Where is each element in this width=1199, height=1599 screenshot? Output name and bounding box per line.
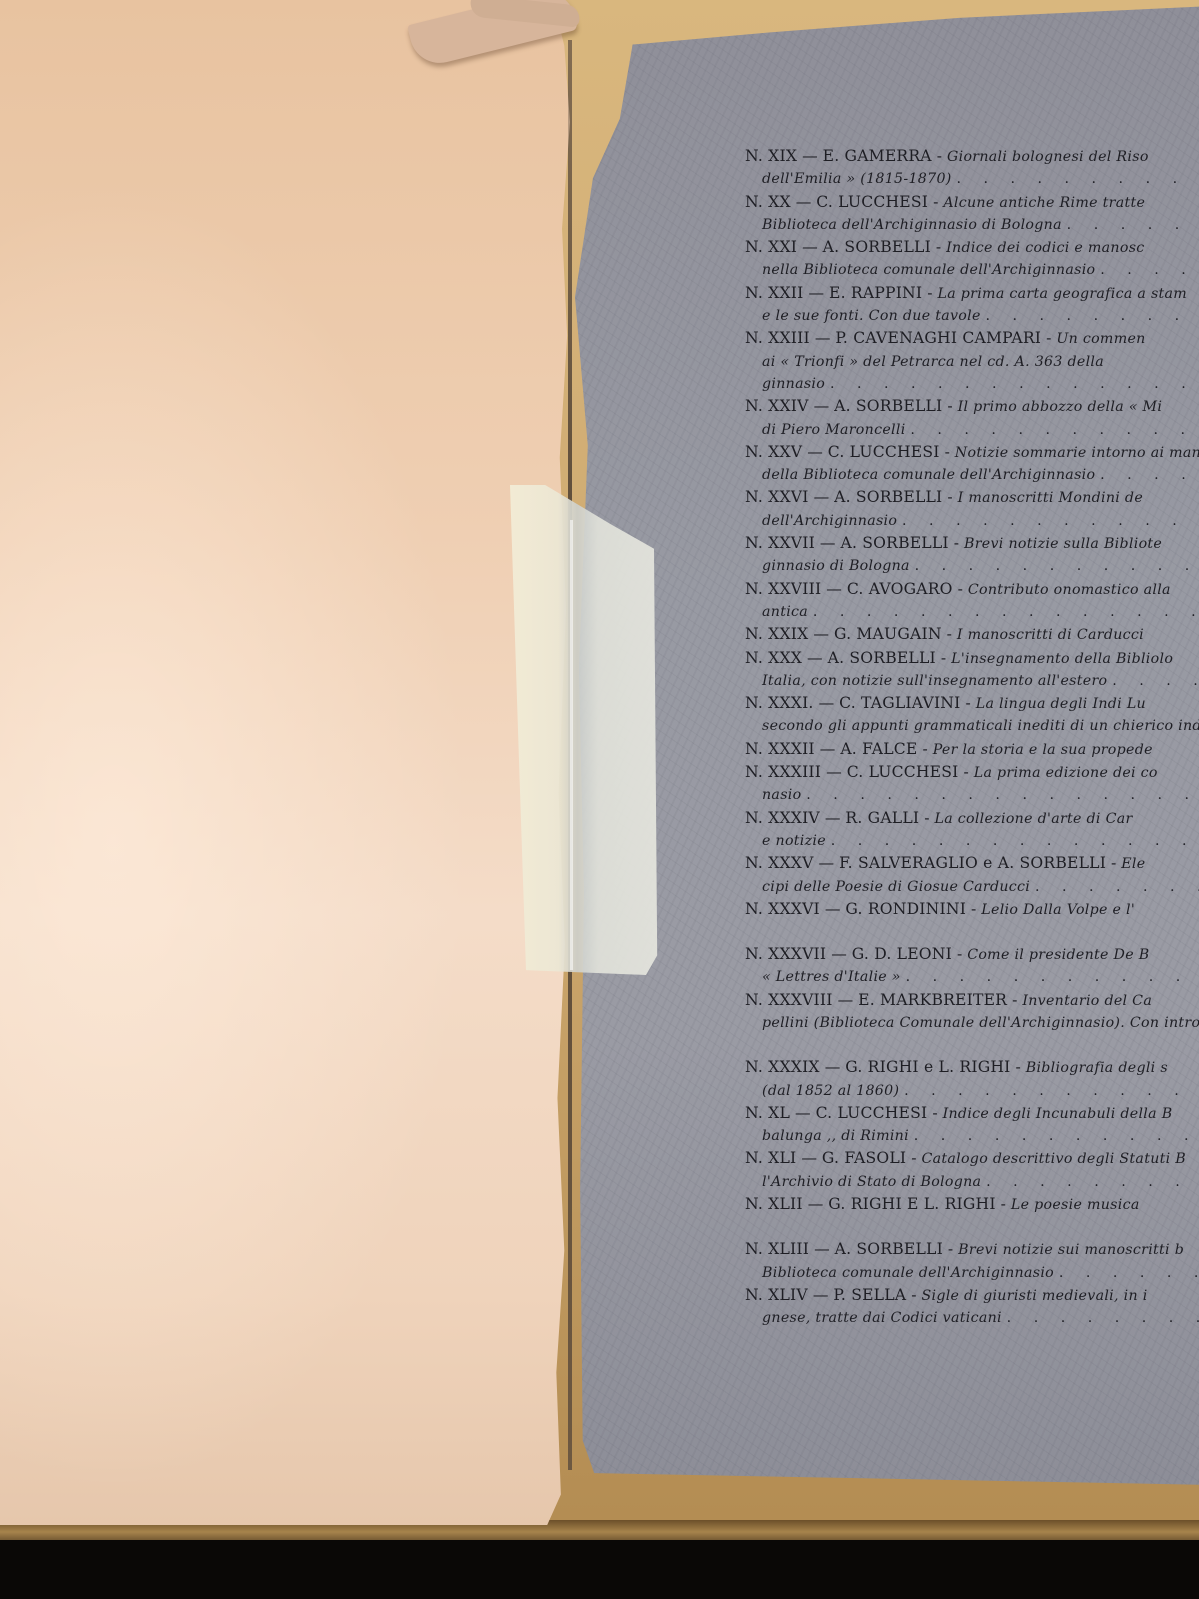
entry-number: N. XL: [745, 1104, 790, 1122]
leader-dots: . . . . . . . . .: [1035, 879, 1199, 895]
entry-heading-line: N. XL — C. LUCCHESI - Indice degli Incun…: [745, 1102, 1199, 1125]
separator-dash: -: [965, 694, 975, 712]
em-dash: —: [819, 694, 840, 712]
em-dash: —: [826, 763, 847, 781]
separator-dash: -: [1001, 1195, 1011, 1213]
entry-author: G. RIGHI E L. RIGHI: [828, 1195, 995, 1213]
entry-author: C. LUCCHESI: [816, 193, 928, 211]
em-dash: —: [807, 649, 828, 667]
entry-heading-line: N. XXI — A. SORBELLI - Indice dei codici…: [745, 236, 1199, 259]
entry-continuation: di Piero Maroncelli: [762, 422, 906, 438]
entry-title: Bibliografia degli s: [1026, 1060, 1168, 1076]
leader-dots: . . . . . . . . . . . . . .: [910, 422, 1199, 438]
entry-continuation: ginnasio di Bologna: [762, 558, 910, 574]
entry-author: C. LUCCHESI: [828, 443, 940, 461]
em-dash: —: [814, 488, 835, 506]
entry-heading-line: N. XXII — E. RAPPINI - La prima carta ge…: [745, 282, 1199, 305]
entry-continuation-line: nasio . . . . . . . . . . . . . . . . . …: [745, 784, 1199, 806]
entry-title: L'insegnamento della Bibliolo: [951, 651, 1173, 667]
entry-continuation-line: Biblioteca comunale dell'Archiginnasio .…: [745, 1262, 1199, 1284]
em-dash: —: [808, 1195, 829, 1213]
leader-dots: . . . . . . . . . . . . . . . . . . . .: [813, 604, 1199, 620]
em-dash: —: [801, 1149, 822, 1167]
entry-continuation: Italia, con notizie sull'insegnamento al…: [762, 673, 1107, 689]
entry-continuation: cipi delle Poesie di Giosue Carducci: [762, 879, 1030, 895]
entry-continuation: antica: [762, 604, 808, 620]
leader-dots: . . . . . . . . . . . . . . .: [914, 1128, 1199, 1144]
entry-title: Indice dei codici e manosc: [946, 240, 1144, 256]
leader-dots: . . . . . . . . . . .: [986, 1174, 1199, 1190]
entry-continuation: e le sue fonti. Con due tavole: [762, 308, 981, 324]
entry-number: N. XXIX: [745, 625, 808, 643]
entry-title: Ele: [1121, 856, 1145, 872]
entry-continuation: Biblioteca comunale dell'Archiginnasio: [762, 1265, 1054, 1281]
entry-author: E. RAPPINI: [829, 284, 922, 302]
entry-heading-line: N. XXXVIII — E. MARKBREITER - Inventario…: [745, 989, 1199, 1012]
entry-continuation-line: ginnasio di Bologna . . . . . . . . . . …: [745, 555, 1199, 577]
separator-dash: -: [958, 580, 968, 598]
entry-continuation-line: (dal 1852 al 1860) . . . . . . . . . . .…: [745, 1080, 1199, 1102]
list-entry: N. XLIII — A. SORBELLI - Brevi notizie s…: [745, 1238, 1199, 1284]
separator-dash: -: [911, 1149, 921, 1167]
entry-continuation: gnese, tratte dai Codici vaticani: [762, 1310, 1002, 1326]
entry-heading-line: N. XLI — G. FASOLI - Catalogo descrittiv…: [745, 1147, 1199, 1170]
entry-heading-line: N. XXIV — A. SORBELLI - Il primo abbozzo…: [745, 395, 1199, 418]
entry-title: I manoscritti Mondini de: [958, 490, 1143, 506]
entry-author: R. GALLI: [845, 809, 919, 827]
separator-dash: -: [947, 397, 957, 415]
entry-author: G. FASOLI: [822, 1149, 906, 1167]
em-dash: —: [838, 991, 859, 1009]
em-dash: —: [820, 740, 841, 758]
entry-author: E. MARKBREITER: [858, 991, 1007, 1009]
entry-author: G. D. LEONI: [852, 945, 952, 963]
entry-heading-line: N. XXXI. — C. TAGLIAVINI - La lingua deg…: [745, 692, 1199, 715]
entry-author: A. FALCE: [840, 740, 917, 758]
separator-dash: -: [971, 900, 981, 918]
entry-number: N. XLIV: [745, 1286, 808, 1304]
list-entry: N. XLIV — P. SELLA - Sigle di giuristi m…: [745, 1284, 1199, 1330]
entry-continuation: secondo gli appunti grammaticali inediti…: [762, 718, 1199, 734]
entry-author: A. SORBELLI: [834, 397, 942, 415]
entry-continuation: balunga ,, di Rimini: [762, 1128, 909, 1144]
entry-number: N. XXIV: [745, 397, 809, 415]
entry-author: C. AVOGARO: [847, 580, 953, 598]
entry-continuation-line: e le sue fonti. Con due tavole . . . . .…: [745, 305, 1199, 327]
entry-number: N. XXVII: [745, 534, 815, 552]
entry-author: C. TAGLIAVINI: [839, 694, 960, 712]
entry-title: I manoscritti di Carducci: [957, 627, 1144, 643]
entry-number: N. XXV: [745, 443, 802, 461]
entry-number: N. XXXI.: [745, 694, 814, 712]
leader-dots: . . . . . .: [1067, 217, 1199, 233]
list-entry: N. XXXII — A. FALCE - Per la storia e la…: [745, 738, 1199, 761]
entry-continuation: nella Biblioteca comunale dell'Archiginn…: [762, 262, 1095, 278]
leader-dots: . . . . . . . .: [1059, 1265, 1199, 1281]
list-entry: N. XXVII — A. SORBELLI - Brevi notizie s…: [745, 532, 1199, 578]
entry-heading-line: N. XXVIII — C. AVOGARO - Contributo onom…: [745, 578, 1199, 601]
entry-title: Brevi notizie sulla Bibliote: [964, 536, 1162, 552]
entry-author: C. LUCCHESI: [816, 1104, 928, 1122]
list-entry: N. XXII — E. RAPPINI - La prima carta ge…: [745, 282, 1199, 328]
entry-continuation: (dal 1852 al 1860): [762, 1083, 899, 1099]
em-dash: —: [807, 443, 828, 461]
entry-heading-line: N. XXXII — A. FALCE - Per la storia e la…: [745, 738, 1199, 761]
entry-continuation-2: ginnasio: [762, 376, 825, 392]
separator-dash: -: [1012, 991, 1022, 1009]
entry-heading-line: N. XXXV — F. SALVERAGLIO e A. SORBELLI -…: [745, 852, 1199, 875]
entry-title: Giornali bolognesi del Riso: [947, 149, 1149, 165]
list-entry: N. XXIV — A. SORBELLI - Il primo abbozzo…: [745, 395, 1199, 441]
entry-title: La collezione d'arte di Car: [934, 811, 1132, 827]
entry-author: E. GAMERRA: [823, 147, 932, 165]
list-entry: N. XXIX — G. MAUGAIN - I manoscritti di …: [745, 623, 1199, 646]
entry-title: Alcune antiche Rime tratte: [943, 195, 1145, 211]
entry-author: A. SORBELLI: [834, 488, 942, 506]
entry-continuation: Biblioteca dell'Archiginnasio di Bologna: [762, 217, 1062, 233]
em-dash: —: [825, 809, 846, 827]
em-dash: —: [814, 397, 835, 415]
separator-dash: -: [936, 238, 946, 256]
leader-dots: . . . . . . . . . . . . . . . . . . . .: [806, 787, 1199, 803]
entry-title: Notizie sommarie intorno ai man: [955, 445, 1199, 461]
em-dash: —: [820, 534, 841, 552]
entry-heading-line: N. XXXIX — G. RIGHI e L. RIGHI - Bibliog…: [745, 1056, 1199, 1079]
separator-dash: -: [954, 534, 964, 552]
entry-number: N. XLI: [745, 1149, 796, 1167]
entry-number: N. XX: [745, 193, 791, 211]
entry-continuation-line: « Lettres d'Italie » . . . . . . . . . .…: [745, 966, 1199, 988]
entry-heading-line: N. XX — C. LUCCHESI - Alcune antiche Rim…: [745, 191, 1199, 214]
entry-number: N. XLIII: [745, 1240, 809, 1258]
em-dash: —: [819, 854, 840, 872]
entry-author: G. RIGHI e L. RIGHI: [845, 1058, 1010, 1076]
entry-continuation: nasio: [762, 787, 801, 803]
leader-dots-2: . . . . . . . . . . . . . . . . . .: [830, 376, 1199, 392]
em-dash: —: [802, 238, 823, 256]
separator-dash: -: [947, 488, 957, 506]
leader-dots: . . . . . . . . . . .: [1007, 1310, 1199, 1326]
entry-heading-line: N. XXXVII — G. D. LEONI - Come il presid…: [745, 943, 1199, 966]
entry-author: G. RONDININI: [845, 900, 966, 918]
entry-heading-line: N. XXIII — P. CAVENAGHI CAMPARI - Un com…: [745, 327, 1199, 350]
separator-dash: -: [927, 284, 937, 302]
entry-author: A. SORBELLI: [823, 238, 931, 256]
entry-title: Il primo abbozzo della « Mi: [958, 399, 1163, 415]
entry-heading-line: N. XLII — G. RIGHI E L. RIGHI - Le poesi…: [745, 1193, 1199, 1216]
entry-heading-line: N. XLIII — A. SORBELLI - Brevi notizie s…: [745, 1238, 1199, 1261]
entry-continuation-line: della Biblioteca comunale dell'Archiginn…: [745, 464, 1199, 486]
em-dash: —: [802, 147, 823, 165]
entry-number: N. XXXIV: [745, 809, 820, 827]
entry-heading-line: N. XXXIV — R. GALLI - La collezione d'ar…: [745, 807, 1199, 830]
entry-heading-line: N. XLIV — P. SELLA - Sigle di giuristi m…: [745, 1284, 1199, 1307]
entry-continuation-line: di Piero Maroncelli . . . . . . . . . . …: [745, 419, 1199, 441]
entry-title: Le poesie musica: [1011, 1197, 1140, 1213]
entry-number: N. XXVI: [745, 488, 809, 506]
entry-number: N. XXXVI: [745, 900, 820, 918]
entry-number: N. XXXII: [745, 740, 815, 758]
entry-author: A. SORBELLI: [840, 534, 948, 552]
list-entry: N. XXXV — F. SALVERAGLIO e A. SORBELLI -…: [745, 852, 1199, 898]
entry-continuation-line-2: ginnasio . . . . . . . . . . . . . . . .…: [745, 373, 1199, 395]
entry-title: Contributo onomastico alla: [968, 582, 1171, 598]
separator-dash: -: [948, 1240, 958, 1258]
entry-number: N. XXXVIII: [745, 991, 833, 1009]
entry-author: P. CAVENAGHI CAMPARI: [835, 329, 1041, 347]
separator-dash: -: [933, 193, 943, 211]
entry-continuation-line: antica . . . . . . . . . . . . . . . . .…: [745, 601, 1199, 623]
list-entry: N. XXXIII — C. LUCCHESI - La prima edizi…: [745, 761, 1199, 807]
entry-continuation-line: Biblioteca dell'Archiginnasio di Bologna…: [745, 214, 1199, 236]
entry-number: N. XXVIII: [745, 580, 821, 598]
entry-continuation: dell'Emilia » (1815-1870): [762, 171, 952, 187]
entry-continuation-line: cipi delle Poesie di Giosue Carducci . .…: [745, 876, 1199, 898]
entry-continuation-line: secondo gli appunti grammaticali inediti…: [745, 715, 1199, 737]
entry-heading-line: N. XXVII — A. SORBELLI - Brevi notizie s…: [745, 532, 1199, 555]
list-entry: N. XL — C. LUCCHESI - Indice degli Incun…: [745, 1102, 1199, 1148]
entry-continuation-line: balunga ,, di Rimini . . . . . . . . . .…: [745, 1125, 1199, 1147]
em-dash: —: [808, 284, 829, 302]
entry-title: Catalogo descrittivo degli Statuti B: [921, 1151, 1186, 1167]
list-entry: N. XXXIV — R. GALLI - La collezione d'ar…: [745, 807, 1199, 853]
list-entry: N. XXXVIII — E. MARKBREITER - Inventario…: [745, 989, 1199, 1035]
entry-continuation-line: l'Archivio di Stato di Bologna . . . . .…: [745, 1171, 1199, 1193]
entry-author: F. SALVERAGLIO e A. SORBELLI: [839, 854, 1106, 872]
entry-number: N. XXX: [745, 649, 802, 667]
em-dash: —: [796, 193, 817, 211]
photo-scene: N. XIX — E. GAMERRA - Giornali bolognesi…: [0, 0, 1199, 1599]
list-entry: N. XXVIII — C. AVOGARO - Contributo onom…: [745, 578, 1199, 624]
entry-author: A. SORBELLI: [828, 649, 936, 667]
entry-number: N. XXXIX: [745, 1058, 820, 1076]
entry-continuation-line: nella Biblioteca comunale dell'Archiginn…: [745, 259, 1199, 281]
separator-dash: -: [937, 147, 947, 165]
list-entry: N. XX — C. LUCCHESI - Alcune antiche Rim…: [745, 191, 1199, 237]
list-entry: N. XXXIX — G. RIGHI e L. RIGHI - Bibliog…: [745, 1056, 1199, 1102]
entry-continuation: l'Archivio di Stato di Bologna: [762, 1174, 981, 1190]
entry-heading-line: N. XXX — A. SORBELLI - L'insegnamento de…: [745, 647, 1199, 670]
separator-dash: -: [1016, 1058, 1026, 1076]
leader-dots: . . . . . . . . . . . . . .: [956, 171, 1199, 187]
list-entry: N. XLI — G. FASOLI - Catalogo descrittiv…: [745, 1147, 1199, 1193]
entry-title: La lingua degli Indi Lu: [976, 696, 1146, 712]
dark-background: [0, 1540, 1199, 1599]
em-dash: —: [813, 625, 834, 643]
list-entry: N. XXVI — A. SORBELLI - I manoscritti Mo…: [745, 486, 1199, 532]
entry-heading-line: N. XXV — C. LUCCHESI - Notizie sommarie …: [745, 441, 1199, 464]
separator-dash: -: [911, 1286, 921, 1304]
entry-continuation-line: dell'Archiginnasio . . . . . . . . . . .…: [745, 510, 1199, 532]
separator-dash: -: [924, 809, 934, 827]
entry-title: Indice degli Incunabuli della B: [943, 1106, 1173, 1122]
list-entry: N. XXXI. — C. TAGLIAVINI - La lingua deg…: [745, 692, 1199, 738]
entry-continuation-line: dell'Emilia » (1815-1870) . . . . . . . …: [745, 168, 1199, 190]
entry-continuation: e notizie: [762, 833, 826, 849]
separator-dash: -: [945, 443, 955, 461]
list-entry: N. XIX — E. GAMERRA - Giornali bolognesi…: [745, 145, 1199, 191]
entry-author: P. SELLA: [833, 1286, 906, 1304]
leader-dots: . . . . . . . . . . . .: [986, 308, 1199, 324]
list-entry: N. XXXVI — G. RONDININI - Lelio Dalla Vo…: [745, 898, 1199, 921]
entry-continuation-line: Italia, con notizie sull'insegnamento al…: [745, 670, 1199, 692]
masking-tape: [510, 485, 670, 975]
entry-number: N. XIX: [745, 147, 797, 165]
entry-title: Sigle di giuristi medievali, in i: [921, 1288, 1147, 1304]
leader-dots: . . . . . . . . . . . . . . . .: [906, 969, 1199, 985]
em-dash: —: [831, 945, 852, 963]
leader-dots: . . . . . . . . . . . . . . .: [915, 558, 1199, 574]
entry-title: Brevi notizie sui manoscritti b: [958, 1242, 1184, 1258]
entry-heading-line: N. XXVI — A. SORBELLI - I manoscritti Mo…: [745, 486, 1199, 509]
leader-dots: . . . . . . . . . . . . . . .: [904, 1083, 1199, 1099]
entry-number: N. XLII: [745, 1195, 803, 1213]
separator-dash: -: [947, 625, 957, 643]
peach-inner-cover: [0, 0, 570, 1525]
tape-crease: [570, 520, 573, 970]
entry-title: Come il presidente De B: [967, 947, 1149, 963]
list-entry: N. XLII — G. RIGHI E L. RIGHI - Le poesi…: [745, 1193, 1199, 1216]
em-dash: —: [825, 900, 846, 918]
entry-author: G. MAUGAIN: [834, 625, 942, 643]
entry-continuation: dell'Archiginnasio: [762, 513, 897, 529]
entry-continuation-line: e notizie . . . . . . . . . . . . . . . …: [745, 830, 1199, 852]
em-dash: —: [813, 1286, 834, 1304]
publication-list: N. XIX — E. GAMERRA - Giornali bolognesi…: [745, 145, 1199, 1330]
em-dash: —: [795, 1104, 816, 1122]
entry-number: N. XXXV: [745, 854, 814, 872]
separator-dash: -: [922, 740, 932, 758]
entry-continuation: « Lettres d'Italie »: [762, 969, 901, 985]
entry-title: Inventario del Ca: [1022, 993, 1152, 1009]
entry-continuation: della Biblioteca comunale dell'Archiginn…: [762, 467, 1095, 483]
entry-number: N. XXI: [745, 238, 797, 256]
em-dash: —: [826, 580, 847, 598]
separator-dash: -: [963, 763, 973, 781]
entry-continuation: ai « Trionfi » del Petrarca nel cd. A. 3…: [762, 354, 1104, 370]
entry-continuation-line: pellini (Biblioteca Comunale dell'Archig…: [745, 1012, 1199, 1034]
entry-title: La prima carta geografica a stam: [937, 286, 1187, 302]
entry-heading-line: N. XXIX — G. MAUGAIN - I manoscritti di …: [745, 623, 1199, 646]
list-entry: N. XXI — A. SORBELLI - Indice dei codici…: [745, 236, 1199, 282]
list-entry: N. XXXVII — G. D. LEONI - Come il presid…: [745, 943, 1199, 989]
entry-number: N. XXXIII: [745, 763, 821, 781]
entry-title: La prima edizione dei co: [974, 765, 1158, 781]
entry-title: Per la storia e la sua propede: [933, 742, 1153, 758]
entry-number: N. XXIII: [745, 329, 810, 347]
separator-dash: -: [932, 1104, 942, 1122]
leader-dots: . . . . .: [1112, 673, 1199, 689]
entry-continuation-line: ai « Trionfi » del Petrarca nel cd. A. 3…: [745, 351, 1199, 373]
separator-dash: -: [957, 945, 967, 963]
list-entry: N. XXIII — P. CAVENAGHI CAMPARI - Un com…: [745, 327, 1199, 395]
entry-continuation: pellini (Biblioteca Comunale dell'Archig…: [762, 1015, 1199, 1031]
separator-dash: -: [1111, 854, 1121, 872]
leader-dots: . . . . . .: [1100, 262, 1199, 278]
list-entry: N. XXV — C. LUCCHESI - Notizie sommarie …: [745, 441, 1199, 487]
entry-title: Lelio Dalla Volpe e l': [981, 902, 1135, 918]
entry-number: N. XXII: [745, 284, 803, 302]
entry-number: N. XXXVII: [745, 945, 826, 963]
entry-author: A. SORBELLI: [835, 1240, 943, 1258]
entry-heading-line: N. XIX — E. GAMERRA - Giornali bolognesi…: [745, 145, 1199, 168]
em-dash: —: [825, 1058, 846, 1076]
entry-continuation-line: gnese, tratte dai Codici vaticani . . . …: [745, 1307, 1199, 1329]
em-dash: —: [814, 1240, 835, 1258]
leader-dots: . . . . . .: [1100, 467, 1199, 483]
entry-title: Un commen: [1056, 331, 1145, 347]
entry-heading-line: N. XXXVI — G. RONDININI - Lelio Dalla Vo…: [745, 898, 1199, 921]
leader-dots: . . . . . . . . . . . . . . . .: [902, 513, 1199, 529]
separator-dash: -: [941, 649, 951, 667]
list-entry: N. XXX — A. SORBELLI - L'insegnamento de…: [745, 647, 1199, 693]
leader-dots: . . . . . . . . . . . . . . . . . . .: [831, 833, 1199, 849]
em-dash: —: [815, 329, 836, 347]
separator-dash: -: [1046, 329, 1056, 347]
entry-author: C. LUCCHESI: [847, 763, 959, 781]
entry-heading-line: N. XXXIII — C. LUCCHESI - La prima edizi…: [745, 761, 1199, 784]
